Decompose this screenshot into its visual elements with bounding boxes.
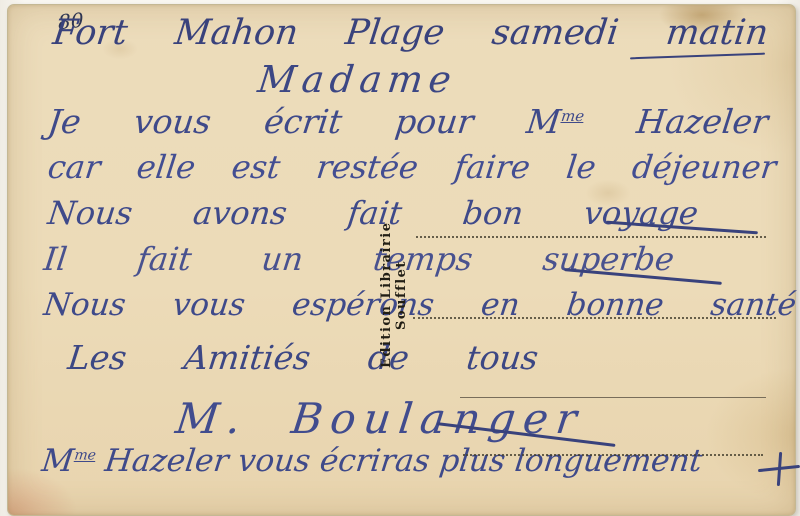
printed-address-line-2 (413, 317, 776, 319)
line-1-name: Hazeler (634, 102, 770, 141)
printed-address-line-1 (416, 236, 766, 238)
postcard-back: 80 Fort Mahon Plage samedi matin Madame … (7, 4, 796, 516)
postscript-superscript: me (73, 448, 96, 464)
handwritten-salutation: Madame (256, 61, 459, 100)
postcard-scan: 80 Fort Mahon Plage samedi matin Madame … (0, 0, 800, 516)
printed-address-line-3 (460, 397, 766, 398)
handwritten-line-2: car elle est restée faire le déjeuner (46, 151, 778, 185)
handwritten-line-6: Les Amitiés de tous (66, 341, 540, 376)
handwritten-line-1: Je vous écrit pour Mme Hazeler (46, 105, 770, 140)
line-1-text: Je vous écrit pour M (46, 102, 563, 141)
line-1-superscript: me (560, 107, 585, 125)
postscript-text: Hazeler vous écriras plus longuement (103, 443, 704, 479)
ink-flourish-matin (630, 53, 765, 60)
handwritten-postscript: Mme Hazeler vous écriras plus longuement (40, 445, 796, 478)
handwritten-line-3: Nous avons fait bon voyage (46, 197, 700, 231)
handwritten-dateline: Fort Mahon Plage samedi matin (51, 15, 771, 52)
publisher-imprint: Edition Librairie Soufflet (379, 195, 404, 395)
postscript-abbr: M (40, 443, 76, 479)
printed-address-line-4 (463, 454, 763, 456)
